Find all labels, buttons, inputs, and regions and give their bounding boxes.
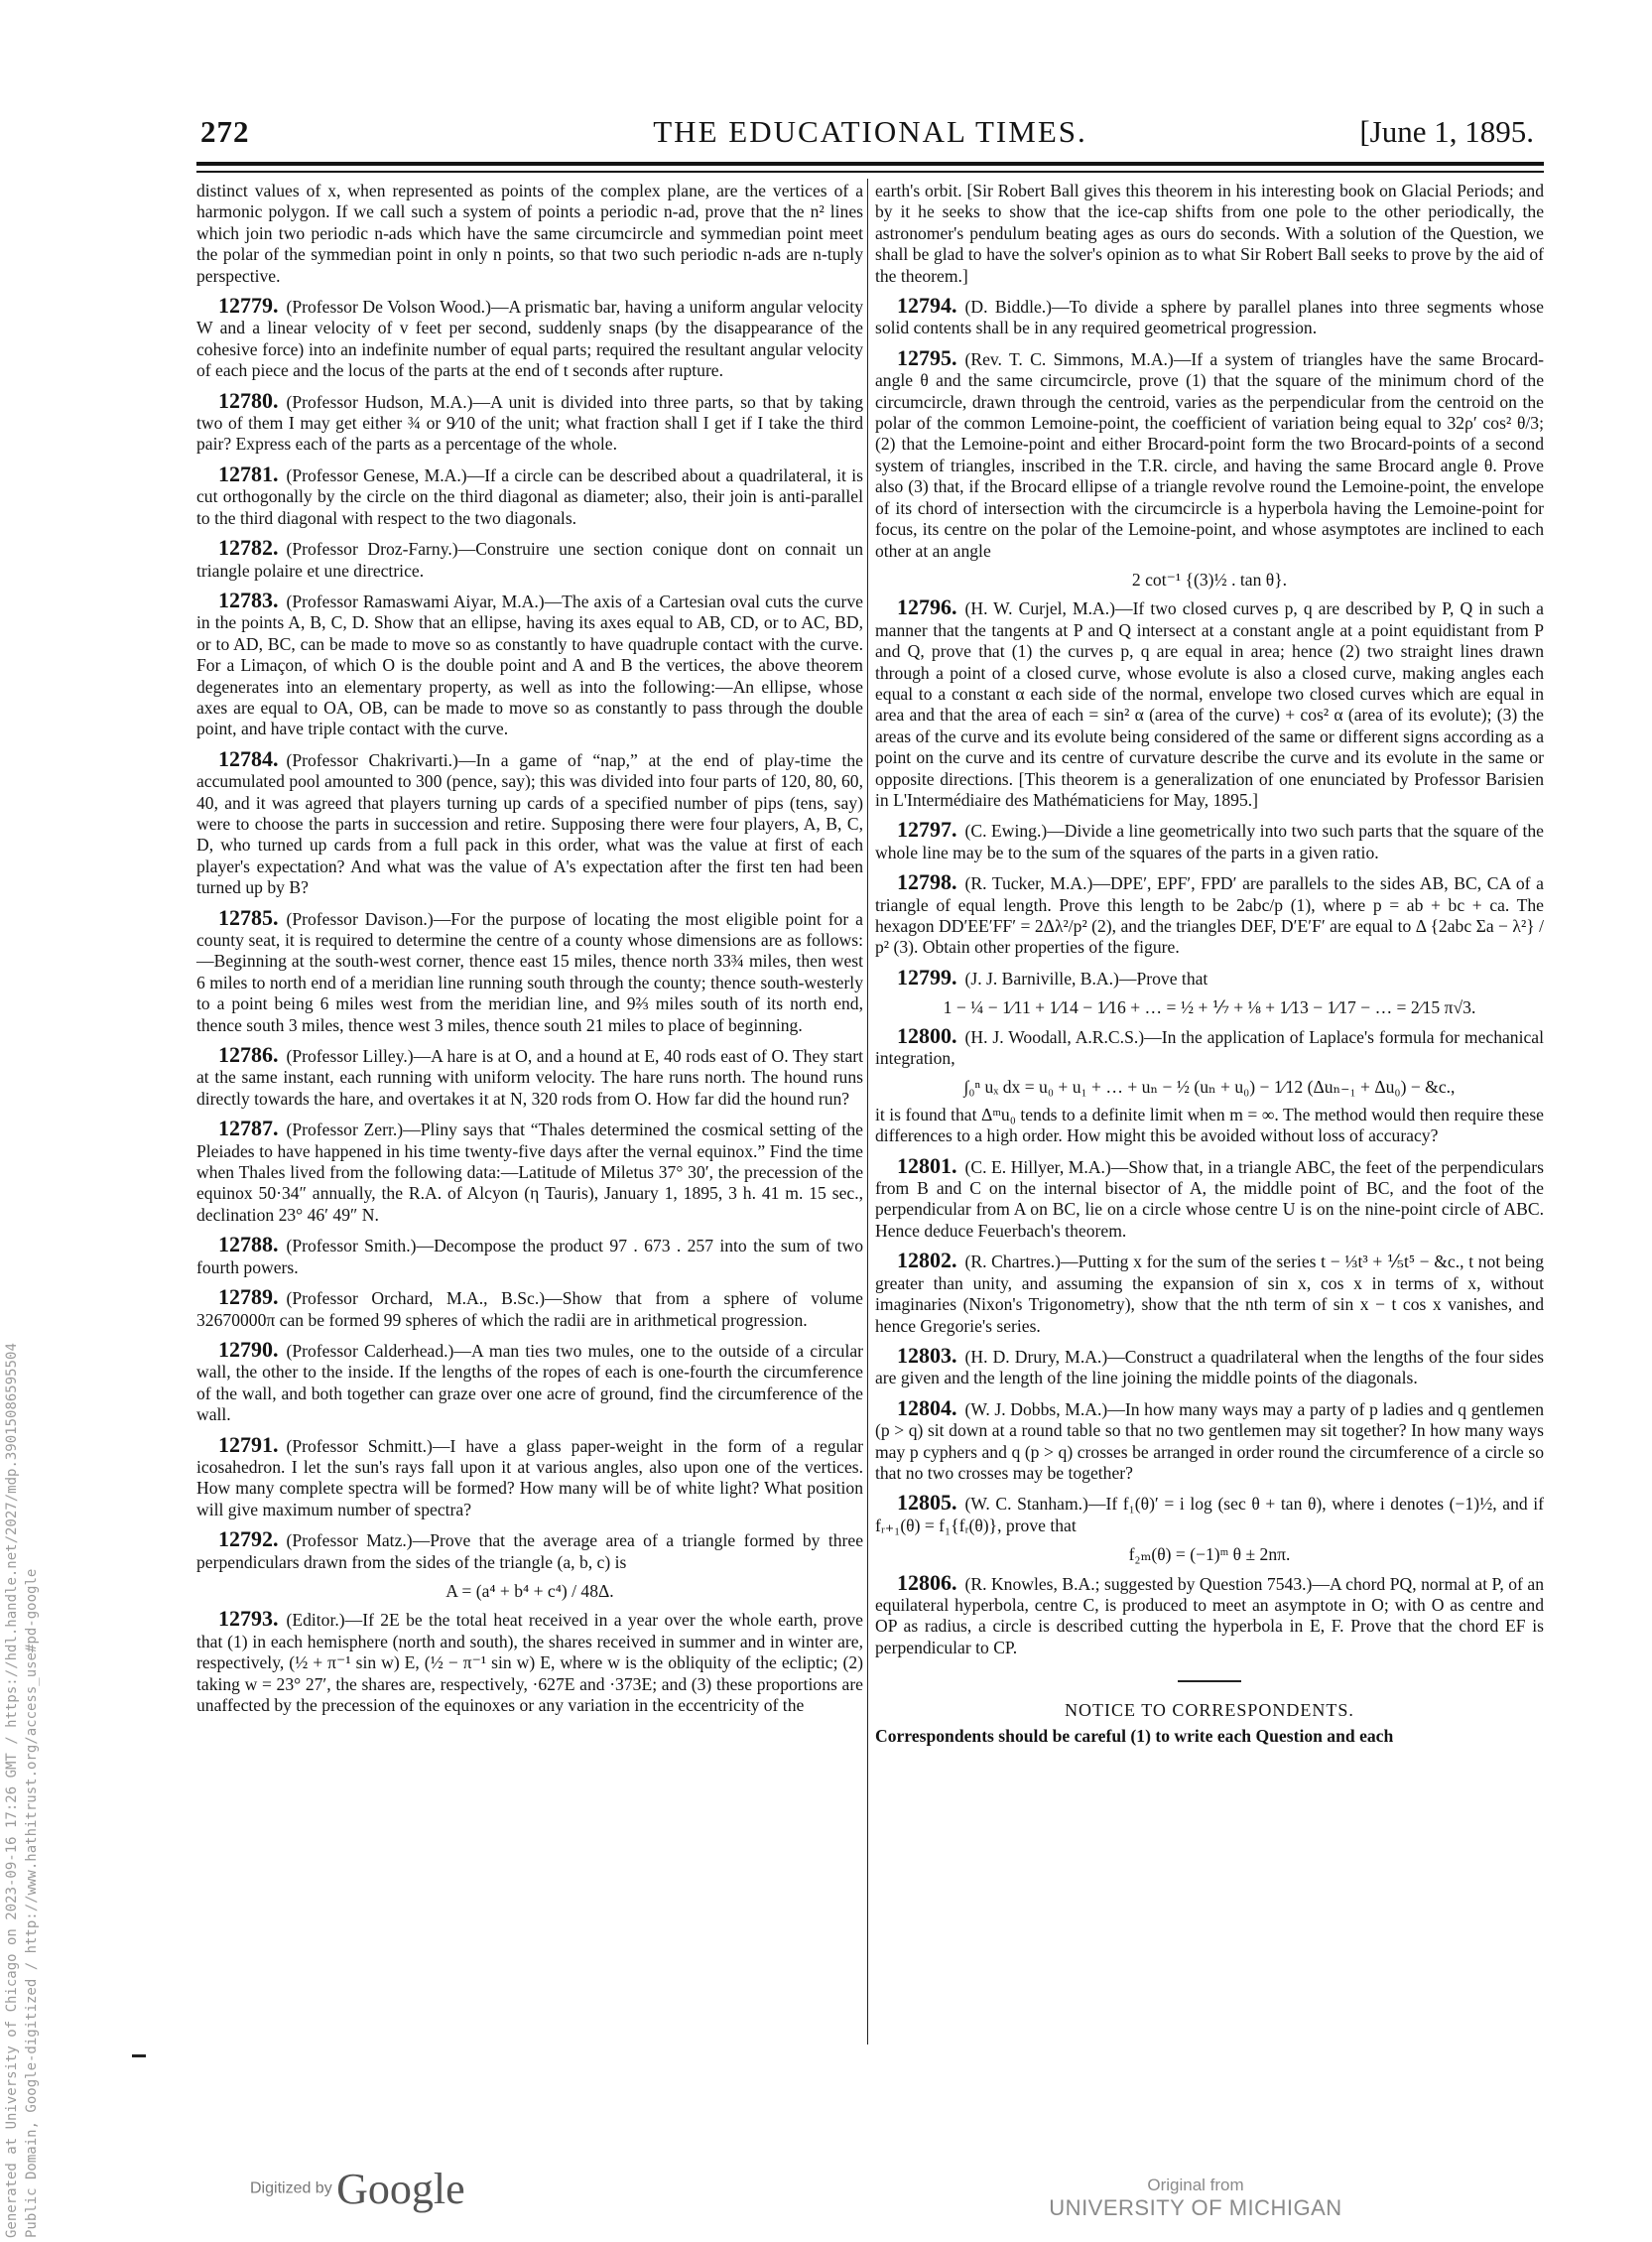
question-item: 12798.(R. Tucker, M.A.)—DPE′, EPF′, FPD′… — [875, 871, 1544, 959]
original-from-label: Original from — [1037, 2176, 1354, 2195]
question-number: 12801. — [897, 1153, 957, 1178]
header-rule-thick — [196, 162, 1544, 166]
question-item: 12796.(H. W. Curjel, M.A.)—If two closed… — [875, 596, 1544, 811]
question-item: 12804.(W. J. Dobbs, M.A.)—In how many wa… — [875, 1397, 1544, 1485]
question-text: (H. D. Drury, M.A.)—Construct a quadrila… — [875, 1347, 1544, 1387]
question-item: 12792.(Professor Matz.)—Prove that the a… — [196, 1528, 863, 1573]
question-number: 12799. — [897, 965, 957, 989]
question-item: 12799.(J. J. Barniville, B.A.)—Prove tha… — [875, 967, 1544, 989]
question-text: (Professor Davison.)—For the purpose of … — [196, 909, 863, 1035]
question-number: 12792. — [218, 1526, 279, 1551]
question-item: 12790.(Professor Calderhead.)—A man ties… — [196, 1339, 863, 1426]
question-item: 12795.(Rev. T. C. Simmons, M.A.)—If a sy… — [875, 347, 1544, 562]
question-text: (R. Chartres.)—Putting x for the sum of … — [875, 1252, 1544, 1335]
continuation-text: earth's orbit. [Sir Robert Ball gives th… — [875, 181, 1544, 287]
right-column: earth's orbit. [Sir Robert Ball gives th… — [875, 181, 1544, 1755]
question-list: 12779.(Professor De Volson Wood.)—A pris… — [196, 295, 863, 1716]
question-item: 12794.(D. Biddle.)—To divide a sphere by… — [875, 295, 1544, 339]
question-item: 12780.(Professor Hudson, M.A.)—A unit is… — [196, 390, 863, 456]
watermark-line-2: Public Domain, Google-digitized / http:/… — [22, 1343, 42, 2238]
question-text: (Professor Ramaswami Aiyar, M.A.)—The ax… — [196, 592, 863, 738]
question-text: (Professor Droz-Farny.)—Construire une s… — [196, 539, 863, 580]
question-item: 12781.(Professor Genese, M.A.)—If a circ… — [196, 463, 863, 529]
question-number: 12800. — [897, 1023, 957, 1048]
digitized-by-google: Digitized by Google — [250, 2164, 465, 2214]
question-formula: 2 cot⁻¹ {(3)½ . tan θ}. — [875, 570, 1544, 591]
question-formula: ∫₀ⁿ uₓ dx = u₀ + u₁ + … + uₙ − ½ (uₙ + u… — [875, 1077, 1544, 1098]
original-from: Original from UNIVERSITY OF MICHIGAN — [1037, 2176, 1354, 2221]
question-number: 12785. — [218, 905, 279, 930]
question-text: (C. E. Hillyer, M.A.)—Show that, in a tr… — [875, 1157, 1544, 1241]
question-item: 12785.(Professor Davison.)—For the purpo… — [196, 907, 863, 1036]
question-item: 12786.(Professor Lilley.)—A hare is at O… — [196, 1044, 863, 1110]
question-text: (W. J. Dobbs, M.A.)—In how many ways may… — [875, 1399, 1544, 1483]
question-item: 12784.(Professor Chakrivarti.)—In a game… — [196, 748, 863, 899]
question-number: 12779. — [218, 293, 279, 318]
question-text: (Professor Smith.)—Decompose the product… — [196, 1236, 863, 1276]
question-item: 12801.(C. E. Hillyer, M.A.)—Show that, i… — [875, 1155, 1544, 1243]
question-number: 12782. — [218, 535, 279, 560]
question-formula: 1 − ¼ − 1⁄11 + 1⁄14 − 1⁄16 + … = ½ + ⅐ +… — [875, 997, 1544, 1018]
continuation-text: distinct values of x, when represented a… — [196, 181, 863, 287]
left-column: distinct values of x, when represented a… — [196, 181, 863, 1724]
issue-date: [June 1, 1895. — [1359, 114, 1534, 150]
question-item: 12800.(H. J. Woodall, A.R.C.S.)—In the a… — [875, 1025, 1544, 1070]
question-number: 12805. — [897, 1490, 957, 1515]
question-number: 12802. — [897, 1248, 957, 1272]
question-item: 12779.(Professor De Volson Wood.)—A pris… — [196, 295, 863, 382]
question-item: 12803.(H. D. Drury, M.A.)—Construct a qu… — [875, 1345, 1544, 1389]
question-item: 12782.(Professor Droz-Farny.)—Construire… — [196, 537, 863, 582]
margin-mark — [132, 2054, 146, 2057]
question-item: 12789.(Professor Orchard, M.A., B.Sc.)—S… — [196, 1286, 863, 1331]
question-item: 12793.(Editor.)—If 2E be the total heat … — [196, 1608, 863, 1716]
question-item: 12791.(Professor Schmitt.)—I have a glas… — [196, 1434, 863, 1521]
question-text: (Editor.)—If 2E be the total heat receiv… — [196, 1610, 863, 1715]
question-number: 12787. — [218, 1116, 279, 1140]
question-number: 12784. — [218, 746, 279, 771]
question-number: 12796. — [897, 594, 957, 619]
question-text: (Professor Chakrivarti.)—In a game of “n… — [196, 750, 863, 897]
question-list: 12794.(D. Biddle.)—To divide a sphere by… — [875, 295, 1544, 1658]
question-text: (C. Ewing.)—Divide a line geometrically … — [875, 821, 1544, 861]
question-item: 12797.(C. Ewing.)—Divide a line geometri… — [875, 819, 1544, 863]
question-number: 12789. — [218, 1284, 279, 1309]
question-text: (Rev. T. C. Simmons, M.A.)—If a system o… — [875, 349, 1544, 561]
question-text: (Professor De Volson Wood.)—A prismatic … — [196, 297, 863, 380]
header-rule-thin — [196, 171, 1544, 173]
notice-text: Correspondents should be careful (1) to … — [875, 1726, 1544, 1747]
question-number: 12794. — [897, 293, 957, 318]
question-item: 12783.(Professor Ramaswami Aiyar, M.A.)—… — [196, 590, 863, 740]
digitized-prefix: Digitized by — [250, 2180, 332, 2197]
page-header: 272 THE EDUCATIONAL TIMES. [June 1, 1895… — [196, 114, 1544, 154]
question-number: 12798. — [897, 869, 957, 894]
question-item: 12787.(Professor Zerr.)—Pliny says that … — [196, 1118, 863, 1226]
question-text: (Professor Schmitt.)—I have a glass pape… — [196, 1436, 863, 1519]
question-number: 12786. — [218, 1042, 279, 1067]
question-item: 12802.(R. Chartres.)—Putting x for the s… — [875, 1250, 1544, 1337]
question-number: 12788. — [218, 1232, 279, 1256]
source-library: UNIVERSITY OF MICHIGAN — [1037, 2195, 1354, 2221]
question-text: (Professor Matz.)—Prove that the average… — [196, 1530, 863, 1571]
question-number: 12806. — [897, 1570, 957, 1595]
question-text: (Professor Zerr.)—Pliny says that “Thale… — [196, 1120, 863, 1225]
question-item: 12788.(Professor Smith.)—Decompose the p… — [196, 1234, 863, 1278]
watermark-line-1: Generated at University of Chicago on 20… — [2, 1343, 22, 2238]
question-number: 12791. — [218, 1432, 279, 1457]
google-logo: Google — [336, 2165, 465, 2213]
question-text: (Professor Calderhead.)—A man ties two m… — [196, 1341, 863, 1424]
question-text-continued: it is found that Δᵐu₀ tends to a definit… — [875, 1105, 1544, 1147]
question-number: 12781. — [218, 462, 279, 486]
question-number: 12783. — [218, 588, 279, 612]
question-number: 12795. — [897, 345, 957, 370]
question-text: (W. C. Stanham.)—If f₁(θ)′ = i log (sec … — [875, 1494, 1544, 1534]
question-text: (Professor Hudson, M.A.)—A unit is divid… — [196, 392, 863, 455]
column-divider — [867, 179, 868, 2044]
question-text: (Professor Orchard, M.A., B.Sc.)—Show th… — [196, 1288, 863, 1329]
question-text: (Professor Genese, M.A.)—If a circle can… — [196, 465, 863, 528]
question-number: 12804. — [897, 1395, 957, 1420]
question-number: 12793. — [218, 1606, 279, 1631]
question-number: 12780. — [218, 388, 279, 413]
question-text: (R. Tucker, M.A.)—DPE′, EPF′, FPD′ are p… — [875, 873, 1544, 957]
hathitrust-watermark: Generated at University of Chicago on 20… — [2, 1343, 42, 2238]
question-formula: f₂ₘ(θ) = (−1)ᵐ θ ± 2nπ. — [875, 1544, 1544, 1565]
section-divider — [1178, 1680, 1241, 1682]
question-text: (H. J. Woodall, A.R.C.S.)—In the applica… — [875, 1027, 1544, 1068]
question-formula: A = (a⁴ + b⁴ + c⁴) / 48Δ. — [196, 1581, 863, 1602]
question-number: 12803. — [897, 1343, 957, 1368]
journal-title: THE EDUCATIONAL TIMES. — [196, 114, 1544, 150]
question-text: (D. Biddle.)—To divide a sphere by paral… — [875, 297, 1544, 337]
question-text: (Professor Lilley.)—A hare is at O, and … — [196, 1046, 863, 1109]
question-text: (H. W. Curjel, M.A.)—If two closed curve… — [875, 598, 1544, 810]
question-number: 12790. — [218, 1337, 279, 1362]
question-text: (J. J. Barniville, B.A.)—Prove that — [965, 969, 1208, 989]
question-text: (R. Knowles, B.A.; suggested by Question… — [875, 1574, 1544, 1657]
notice-title: NOTICE TO CORRESPONDENTS. — [875, 1700, 1544, 1721]
question-item: 12805.(W. C. Stanham.)—If f₁(θ)′ = i log… — [875, 1492, 1544, 1536]
question-number: 12797. — [897, 817, 957, 842]
question-item: 12806.(R. Knowles, B.A.; suggested by Qu… — [875, 1572, 1544, 1659]
